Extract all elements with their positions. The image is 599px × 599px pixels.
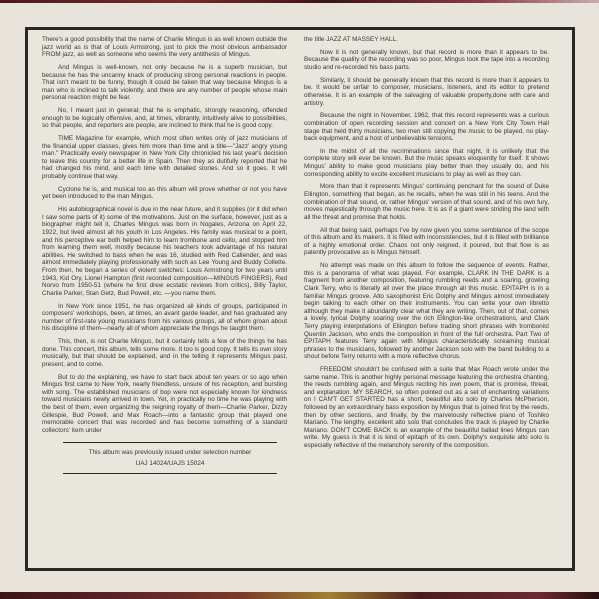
album-art-strip-top: [0, 0, 599, 3]
paragraph: And Mingus is well-known, not only becau…: [42, 64, 287, 102]
paragraph: All that being said, perhaps I've by now…: [304, 227, 549, 257]
reissue-note: This album was previously issued under s…: [63, 442, 277, 474]
liner-notes-frame: There's a good possibility that the name…: [25, 27, 575, 571]
liner-notes-right-column: the title JAZZ AT MASSEY HALL. Now it is…: [304, 36, 549, 455]
paragraph: In New York since 1951, he has organized…: [42, 303, 287, 333]
paragraph: TIME Magazine for example, which most of…: [42, 135, 287, 181]
album-art-strip-bottom: [0, 592, 599, 599]
paragraph: No attempt was made on this album to fol…: [304, 262, 549, 361]
selection-number: UAJ 14024/UAJS 15024: [63, 458, 277, 469]
paragraph: This, then, is not Charlie Mingus, but i…: [42, 338, 287, 368]
paragraph: the title JAZZ AT MASSEY HALL.: [304, 36, 549, 44]
paragraph: Now it is not generally known, but that …: [304, 49, 549, 72]
paragraph: Because the night in November, 1962, tha…: [304, 112, 549, 142]
paragraph: No, I meant just in general; that he is …: [42, 107, 287, 130]
paragraph: In the midst of all the recriminations s…: [304, 148, 549, 178]
paragraph: There's a good possibility that the name…: [42, 36, 287, 59]
paragraph: More than that it represents Mingus' con…: [304, 183, 549, 221]
paragraph: FREEDOM shouldn't be confused with a sui…: [304, 366, 549, 450]
paragraph: Cyclone he is, and musical too as this a…: [42, 186, 287, 201]
paragraph: His autobiographical novel is due in the…: [42, 206, 287, 297]
paragraph: Similarly, it should be generally known …: [304, 77, 549, 107]
liner-notes-left-column: There's a good possibility that the name…: [42, 36, 287, 474]
reissue-note-text: This album was previously issued under s…: [63, 447, 277, 458]
paragraph: But to do the explaining, we have to sta…: [42, 374, 287, 435]
